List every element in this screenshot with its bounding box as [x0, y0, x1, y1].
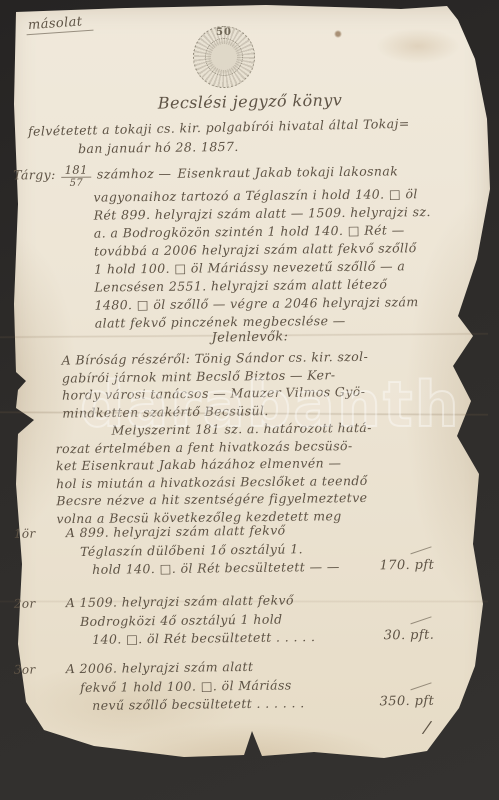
item-marker: 2or: [14, 595, 36, 614]
item-marker: 3or: [14, 661, 36, 680]
intro-line-2: ban január hó 28. 1857.: [78, 139, 239, 156]
reference-number-fraction: 181 57: [62, 165, 91, 189]
reference-number-bottom: 57: [62, 178, 91, 189]
stamp-denomination: 50: [192, 27, 256, 38]
scanned-document-photo: { "document": { "corner_note": "másolat"…: [0, 0, 499, 800]
appraisal-item-2: 2or A 1509. helyrajzi szám alatt fekvő B…: [14, 589, 475, 650]
reference-number-top: 181: [62, 165, 91, 178]
item-value: 30. pft.: [384, 627, 435, 646]
subject-suffix: számhoz —: [97, 165, 172, 184]
body-paragraph: Melyszerint 181 sz. a. határozott hatá- …: [55, 418, 480, 527]
present-paragraph: A Bíróság részéről: Tönig Sándor cs. kir…: [62, 346, 483, 421]
appraisal-item-1: 1ör A 899. helyrajzi szám alatt fekvő Té…: [14, 519, 475, 580]
subject-label: Tárgy:: [13, 166, 56, 184]
item-value: 170. pft: [379, 557, 434, 576]
subject-paragraph: Tárgy: 181 57 számhoz — Eisenkraut Jakab…: [13, 162, 475, 334]
appraisal-item-3: 3or A 2006. helyrajzi szám alatt fekvő 1…: [14, 655, 475, 716]
item-value: 350. pft: [379, 693, 434, 712]
stamp-inner-circle: [205, 38, 243, 76]
subject-line: Eisenkraut Jakab tokaji lakosnak: [177, 162, 398, 182]
item-marker: 1ör: [14, 525, 36, 544]
